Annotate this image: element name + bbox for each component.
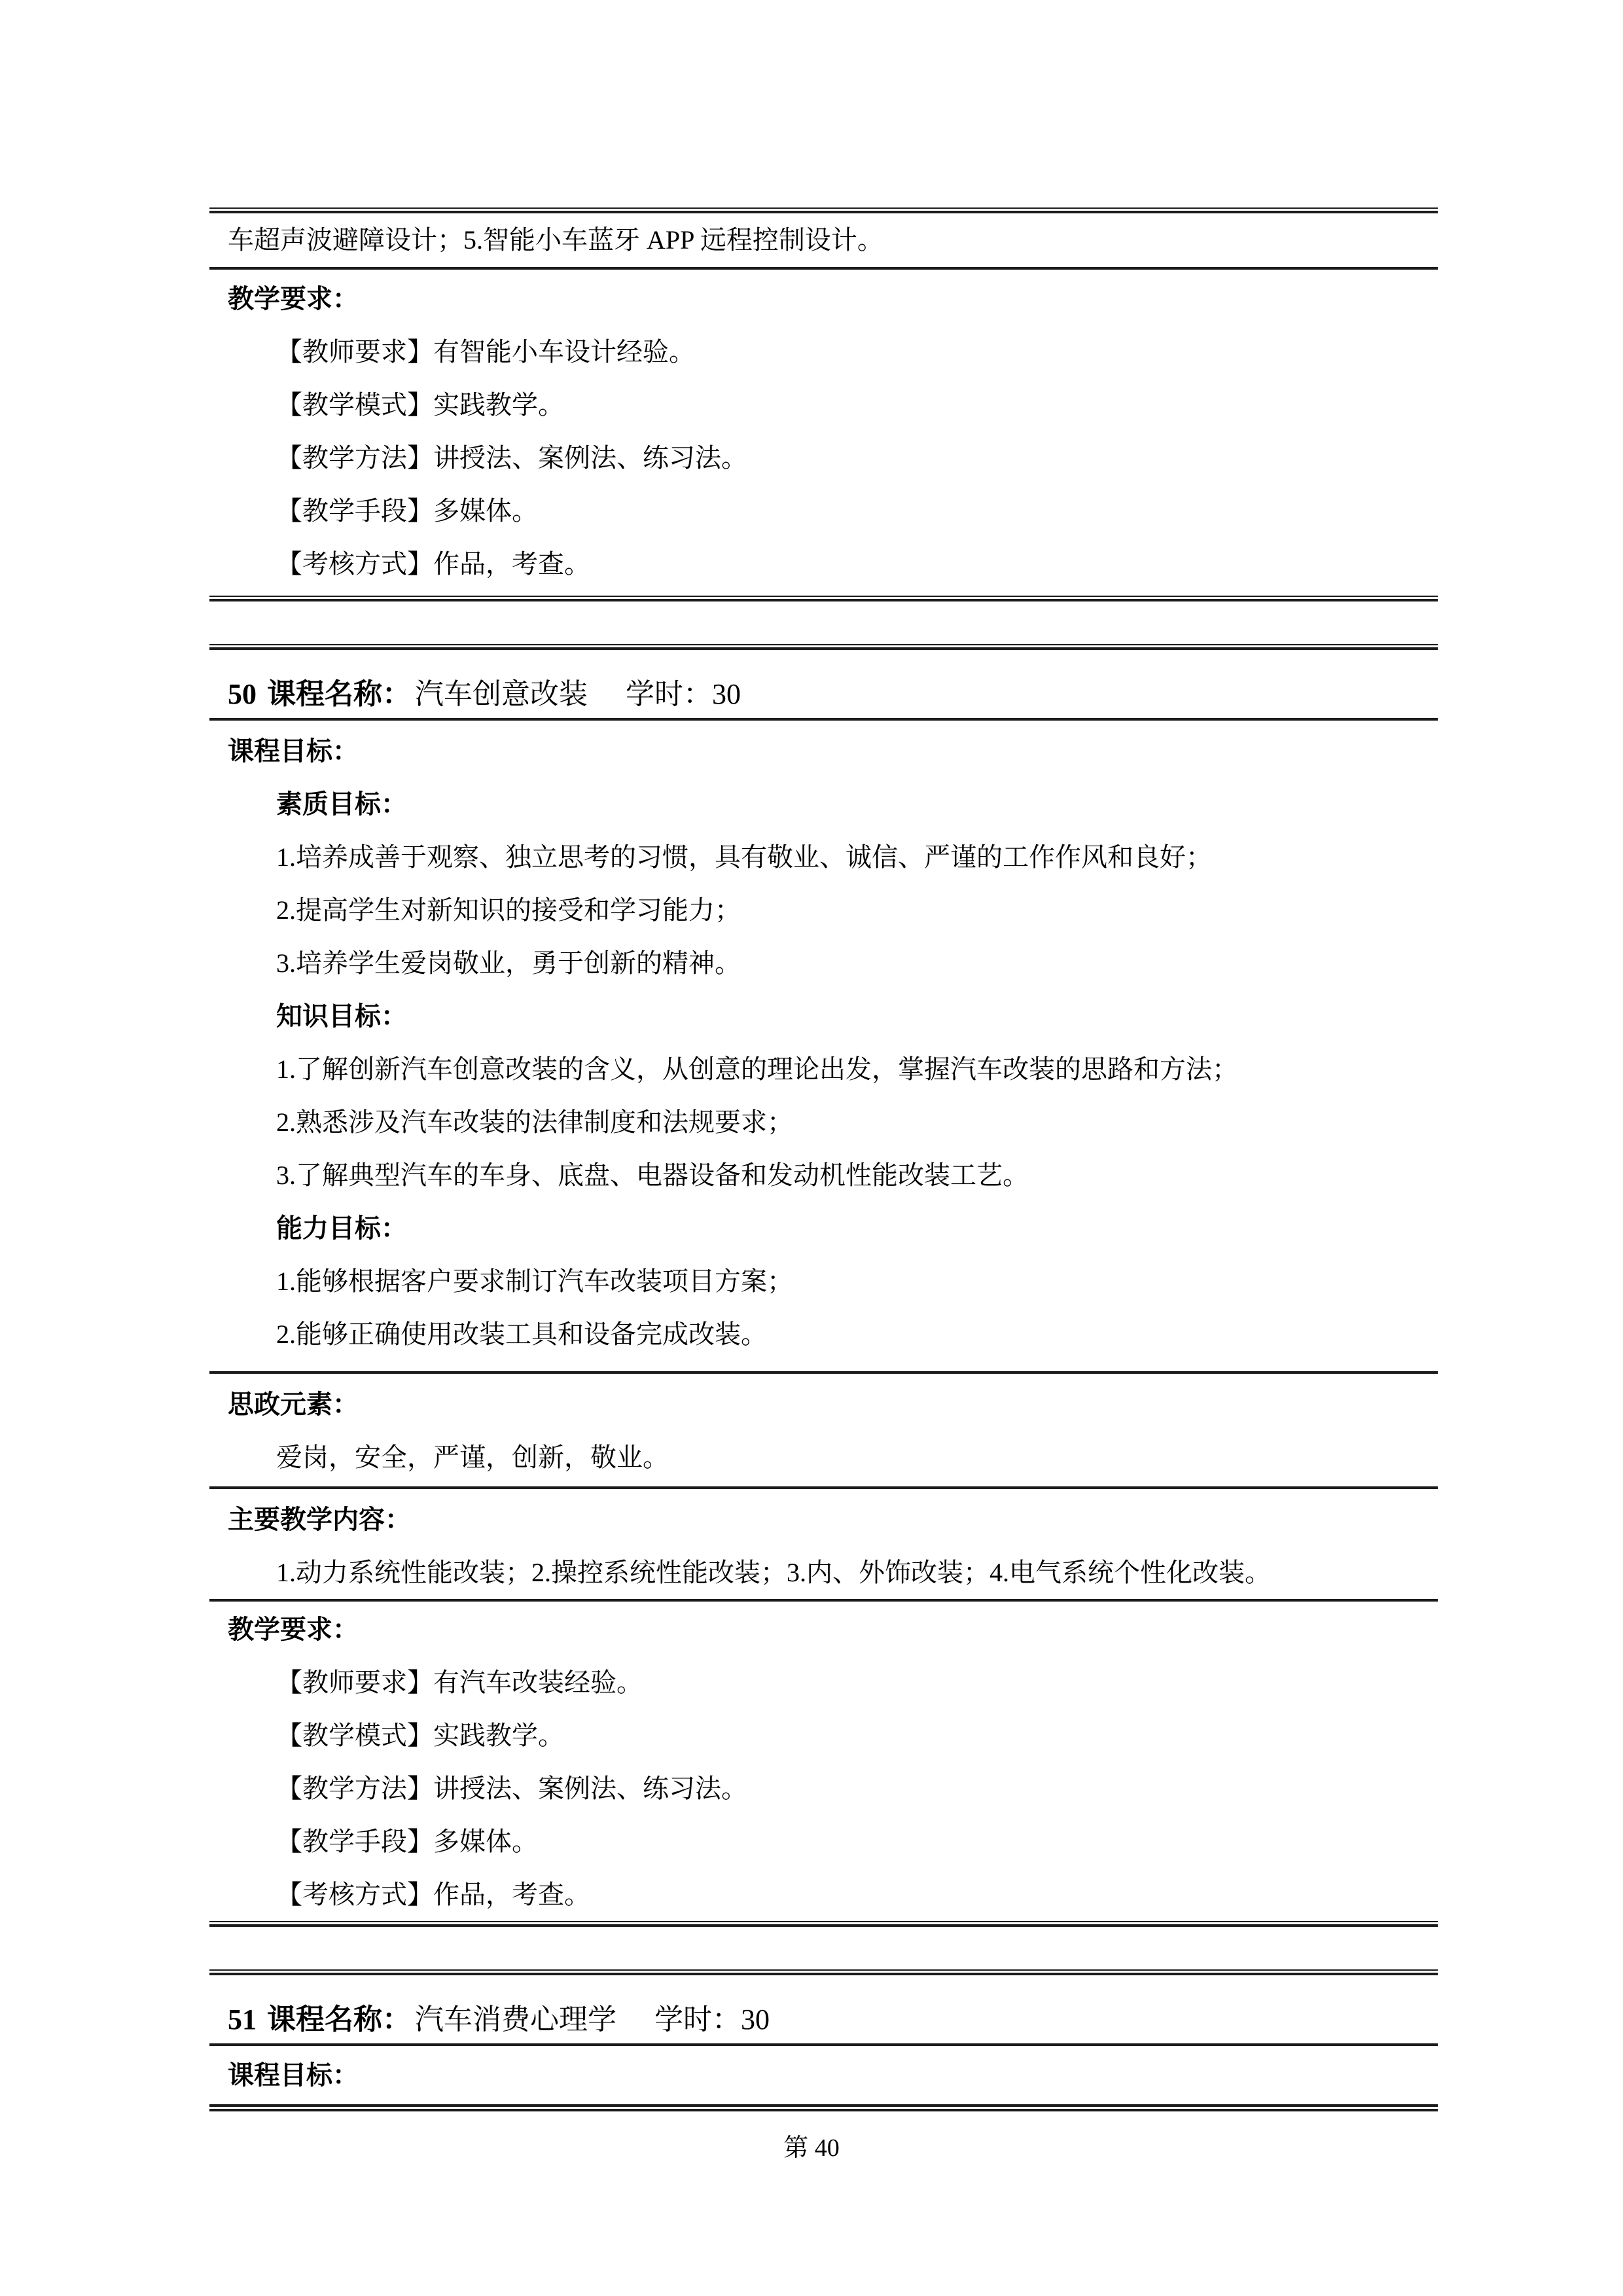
teaching-requirements-heading: 教学要求： [209,272,1438,325]
requirement-item: 【教学手段】多媒体。 [209,484,1438,537]
objectives-heading: 课程目标： [209,725,1438,778]
divider-double [209,644,1438,650]
objective-item: 2.能够正确使用改装工具和设备完成改装。 [209,1308,1438,1361]
course50-objectives: 课程目标： 素质目标： 1.培养成善于观察、独立思考的习惯，具有敬业、诚信、严谨… [209,721,1438,1371]
divider-double [209,1921,1438,1927]
requirement-item: 【教学模式】实践教学。 [209,1709,1438,1762]
requirement-item: 【教学方法】讲授法、案例法、练习法。 [209,1762,1438,1815]
objective-item: 3.了解典型汽车的车身、底盘、电器设备和发动机性能改装工艺。 [209,1149,1438,1202]
course50-name: 汽车创意改装 [415,680,588,709]
requirement-item: 【教学方法】讲授法、案例法、练习法。 [209,431,1438,484]
course50-name-label: 课程名称： [267,680,411,709]
course50-number: 50 [228,680,257,709]
main-content-text: 1.动力系统性能改装；2.操控系统性能改装；3.内、外饰改装；4.电气系统个性化… [209,1546,1438,1599]
objective-subheading: 能力目标： [209,1202,1438,1255]
objective-subheading: 素质目标： [209,778,1438,831]
requirement-item: 【考核方式】作品，考查。 [209,537,1438,590]
requirement-item: 【教学模式】实践教学。 [209,378,1438,431]
divider-double-heavy [209,2104,1438,2111]
prev-course-teaching-requirements: 教学要求： 【教师要求】有智能小车设计经验。 【教学模式】实践教学。 【教学方法… [209,270,1438,596]
course50-teaching-requirements: 教学要求： 【教师要求】有汽车改装经验。 【教学模式】实践教学。 【教学方法】讲… [209,1602,1438,1921]
divider-double [209,596,1438,601]
objective-item: 1.培养成善于观察、独立思考的习惯，具有敬业、诚信、严谨的工作作风和良好； [209,831,1438,884]
course50-hours: 学时：30 [626,680,741,709]
objective-item: 2.熟悉涉及汽车改装的法律制度和法规要求； [209,1096,1438,1149]
ideology-content: 爱岗，安全，严谨，创新，敬业。 [209,1431,1438,1484]
objective-item: 3.培养学生爱岗敬业，勇于创新的精神。 [209,937,1438,990]
course50-ideology: 思政元素： 爱岗，安全，严谨，创新，敬业。 [209,1374,1438,1486]
page-footer: 第 40 [0,2128,1623,2168]
objective-item: 1.能够根据客户要求制订汽车改装项目方案； [209,1255,1438,1308]
requirement-item: 【教师要求】有智能小车设计经验。 [209,325,1438,378]
ideology-heading: 思政元素： [209,1378,1438,1431]
course50-main-content: 主要教学内容： 1.动力系统性能改装；2.操控系统性能改装；3.内、外饰改装；4… [209,1489,1438,1599]
continuation-line: 车超声波避障设计；5.智能小车蓝牙 APP 远程控制设计。 [209,213,1438,267]
objective-item: 1.了解创新汽车创意改装的含义，从创意的理论出发，掌握汽车改装的思路和方法； [209,1043,1438,1096]
section-gap [209,1927,1438,1969]
document-page: 车超声波避障设计；5.智能小车蓝牙 APP 远程控制设计。 教学要求： 【教师要… [0,0,1623,2296]
section-gap [209,601,1438,644]
course50-hours-value: 30 [712,678,741,710]
course50-hours-label: 学时： [626,678,712,710]
course51-number: 51 [228,2005,257,2034]
requirement-item: 【考核方式】作品，考查。 [209,1868,1438,1921]
course51-title-row: 51 课程名称： 汽车消费心理学 学时：30 [209,1975,1438,2043]
teaching-requirements-heading: 教学要求： [209,1603,1438,1656]
course51-name-label: 课程名称： [267,2005,411,2034]
course51-objectives: 课程目标： [209,2046,1438,2104]
requirement-item: 【教师要求】有汽车改装经验。 [209,1656,1438,1709]
requirement-item: 【教学手段】多媒体。 [209,1815,1438,1868]
divider-double [209,1969,1438,1975]
course51-hours-value: 30 [741,2003,770,2036]
divider-double [209,207,1438,213]
page-number: 第 40 [783,2134,840,2162]
course51-hours-label: 学时： [654,2003,741,2036]
main-content-heading: 主要教学内容： [209,1493,1438,1546]
course50-title-row: 50 课程名称： 汽车创意改装 学时：30 [209,650,1438,718]
objective-subheading: 知识目标： [209,990,1438,1043]
course51-hours: 学时：30 [654,2005,770,2034]
syllabus-table: 车超声波避障设计；5.智能小车蓝牙 APP 远程控制设计。 教学要求： 【教师要… [209,207,1438,2111]
course51-name: 汽车消费心理学 [415,2005,616,2034]
objectives-heading: 课程目标： [209,2049,1438,2102]
objective-item: 2.提高学生对新知识的接受和学习能力； [209,884,1438,937]
